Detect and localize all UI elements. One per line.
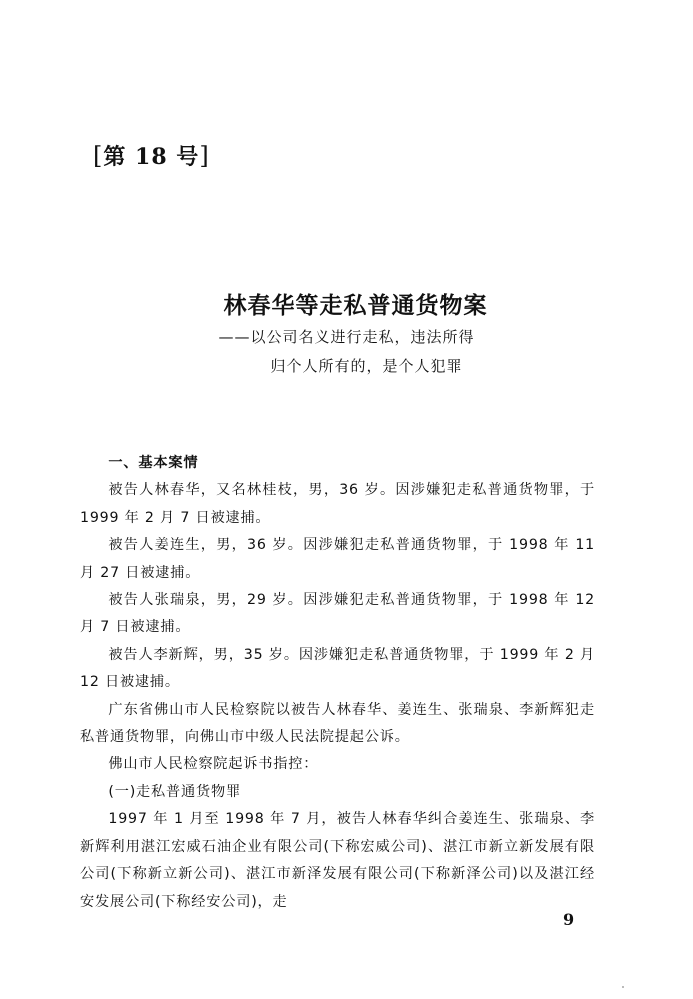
case-subtitle-line1: ——以公司名义进行走私，违法所得 [0, 326, 693, 347]
open-bracket: [ [93, 142, 103, 170]
paragraph-defendant-li: 被告人李新辉，男，35 岁。因涉嫌犯走私普通货物罪，于 1999 年 2 月 1… [80, 642, 595, 697]
case-title: 林春华等走私普通货物案 [18, 287, 693, 320]
case-subtitle-line2: 归个人所有的，是个人犯罪 [40, 355, 693, 376]
case-number: [第 18 号] [93, 140, 210, 171]
paragraph-indictment-intro: 佛山市人民检察院起诉书指控： [80, 751, 595, 778]
scan-speck [622, 986, 624, 988]
title-block: 林春华等走私普通货物案 ——以公司名义进行走私，违法所得 归个人所有的，是个人犯… [0, 287, 693, 376]
paragraph-defendant-zhang: 被告人张瑞泉，男，29 岁。因涉嫌犯走私普通货物罪，于 1998 年 12 月 … [80, 587, 595, 642]
paragraph-charge-heading: (一)走私普通货物罪 [80, 779, 595, 806]
paragraph-charge-details: 1997 年 1 月至 1998 年 7 月，被告人林春华纠合姜连生、张瑞泉、李… [80, 806, 595, 916]
body-text: 一、基本案情 被告人林春华，又名林桂枝，男，36 岁。因涉嫌犯走私普通货物罪，于… [80, 450, 595, 916]
section-heading: 一、基本案情 [80, 450, 595, 477]
case-number-label: 第 18 号 [103, 144, 199, 170]
close-bracket: ] [199, 142, 209, 170]
paragraph-defendant-jiang: 被告人姜连生，男，36 岁。因涉嫌犯走私普通货物罪，于 1998 年 11 月 … [80, 532, 595, 587]
page-number: 9 [563, 910, 574, 929]
paragraph-prosecution: 广东省佛山市人民检察院以被告人林春华、姜连生、张瑞泉、李新辉犯走私普通货物罪，向… [80, 697, 595, 752]
paragraph-defendant-lin: 被告人林春华，又名林桂枝，男，36 岁。因涉嫌犯走私普通货物罪，于 1999 年… [80, 477, 595, 532]
